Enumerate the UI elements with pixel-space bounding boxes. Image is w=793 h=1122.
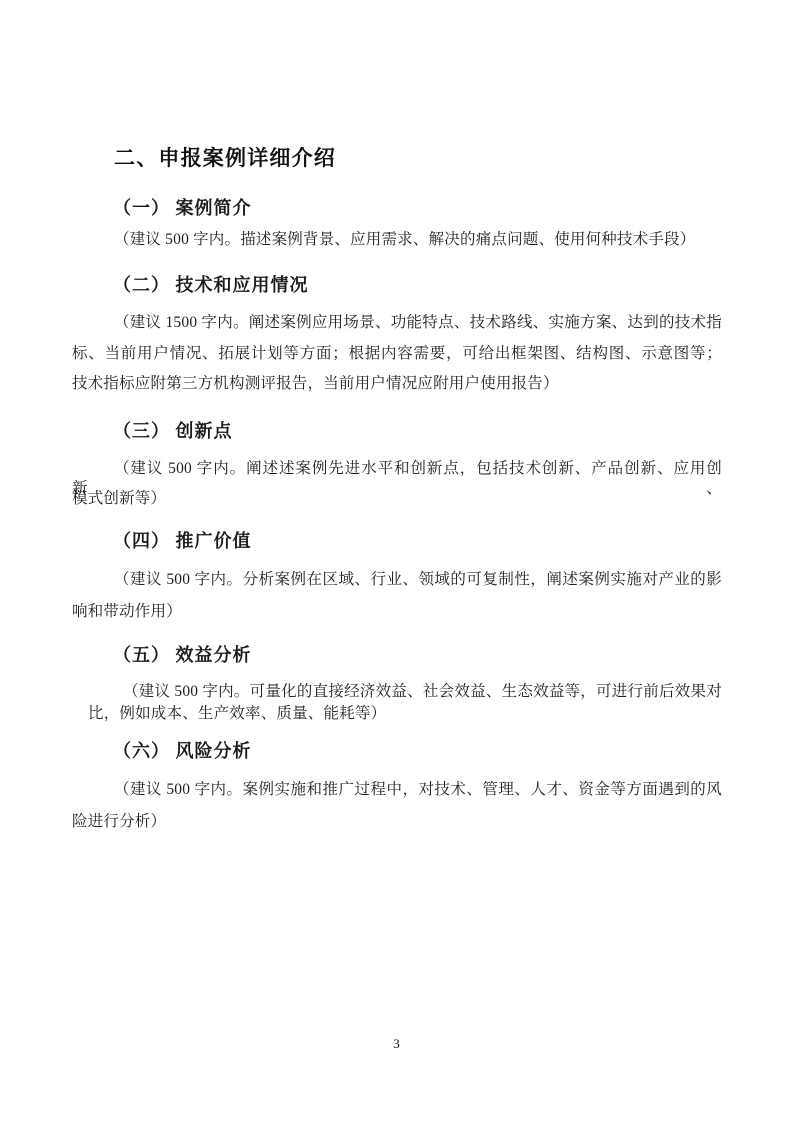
- section-title-3: （三） 创新点: [113, 420, 233, 442]
- body-line: （建议 500 字内。案例实施和推广过程中，对技术、管理、人才、资金等方面遇到的…: [72, 780, 722, 800]
- body-line: 比，例如成本、生产效率、质量、能耗等）: [88, 704, 722, 724]
- body-line: 险进行分析）: [72, 812, 722, 832]
- body-line: （建议 500 字内。可量化的直接经济效益、社会效益、生态效益等，可进行前后效果…: [88, 682, 722, 702]
- body-line: 模式创新等）: [72, 489, 722, 509]
- page-title: 二、申报案例详细介绍: [114, 147, 336, 171]
- section-title-2: （二） 技术和应用情况: [113, 274, 309, 296]
- section-title-1: （一） 案例简介: [113, 197, 252, 219]
- document-page: 二、申报案例详细介绍 （一） 案例简介 （建议 500 字内。描述案例背景、应用…: [0, 0, 793, 1122]
- body-line: 标、当前用户情况、拓展计划等方面；根据内容需要，可给出框架图、结构图、示意图等；: [72, 344, 722, 364]
- section-title-6: （六） 风险分析: [113, 740, 252, 762]
- body-line: （建议 500 字内。分析案例在区域、行业、领域的可复制性，阐述案例实施对产业的…: [72, 570, 722, 590]
- body-line: 响和带动作用）: [72, 602, 722, 622]
- body-line: （建议 1500 字内。阐述案例应用场景、功能特点、技术路线、实施方案、达到的技…: [72, 313, 722, 333]
- section-title-5: （五） 效益分析: [113, 644, 252, 666]
- body-line: 技术指标应附第三方机构测评报告，当前用户情况应附用户使用报告）: [72, 374, 722, 394]
- section-title-4: （四） 推广价值: [113, 530, 252, 552]
- body-line: （建议 500 字内。描述案例背景、应用需求、解决的痛点问题、使用何种技术手段）: [72, 230, 722, 250]
- page-number: 3: [0, 1036, 793, 1052]
